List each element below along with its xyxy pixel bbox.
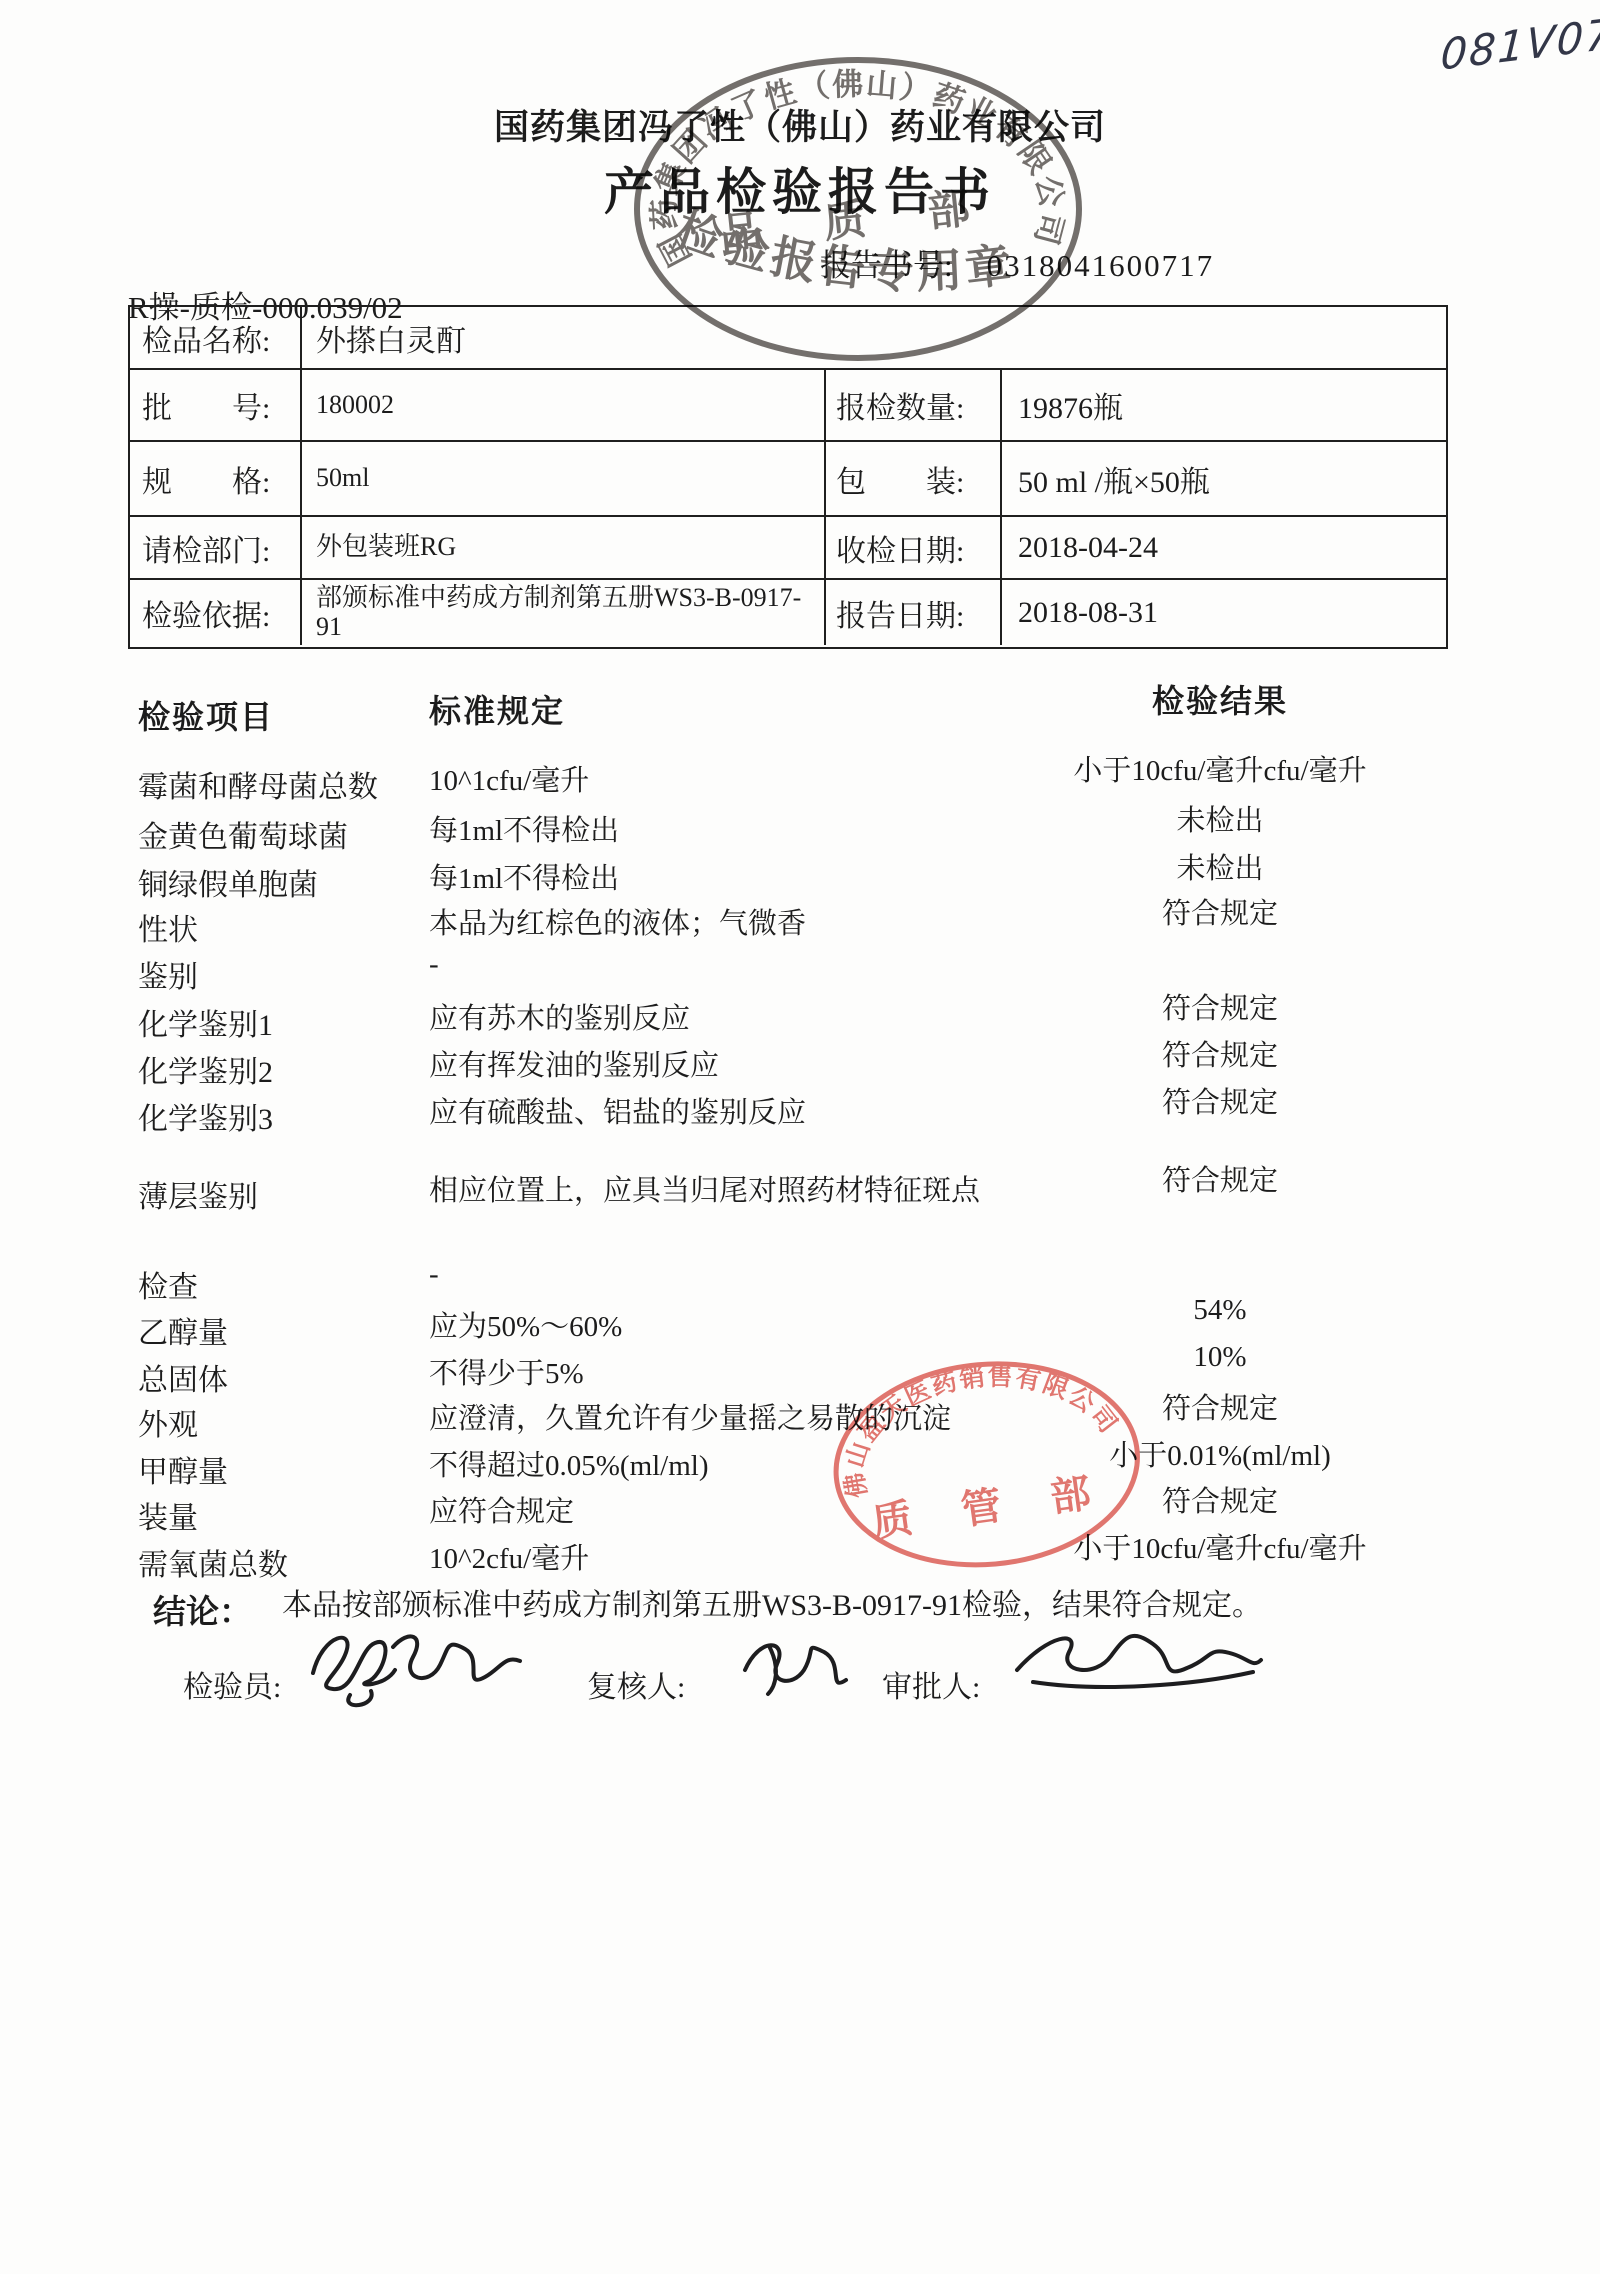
column-header-standard: 标准规定 [429, 686, 565, 732]
row-label2: 报检数量: [824, 370, 1002, 440]
item-standard: 每1ml不得检出 [429, 856, 619, 897]
row-value2: 19876瓶 [1004, 370, 1446, 440]
item-standard: 相应位置上，应具当归尾对照药材特征斑点 [429, 1168, 980, 1209]
item-standard: 应有硫酸盐、铝盐的鉴别反应 [429, 1090, 806, 1131]
item-standard: 应符合规定 [429, 1489, 574, 1530]
handwritten-code: 081V078 [1439, 5, 1600, 79]
table-row: 检品名称: 外搽白灵酊 [130, 307, 1446, 370]
row-label: 检验依据: [130, 580, 302, 645]
item-name: 铜绿假单胞菌 [138, 860, 318, 904]
item-result: 未检出 [1000, 846, 1440, 887]
item-name: 性状 [138, 905, 198, 949]
column-header-item: 检验项目 [138, 692, 274, 738]
item-standard: 本品为红棕色的液体；气微香 [429, 901, 806, 942]
item-standard: 应有挥发油的鉴别反应 [429, 1043, 719, 1084]
table-row: 规 格: 50ml 包 装: 50 ml /瓶×50瓶 [130, 442, 1446, 517]
row-label: 检品名称: [130, 307, 302, 368]
conclusion-label: 结论： [153, 1586, 252, 1633]
item-name: 外观 [138, 1400, 198, 1444]
row-label2: 报告日期: [824, 580, 1002, 645]
row-value: 180002 [304, 370, 816, 440]
item-name: 霉菌和酵母菌总数 [138, 762, 378, 806]
item-standard: 不得超过0.05%(ml/ml) [429, 1443, 709, 1484]
item-name: 总固体 [138, 1355, 228, 1399]
company-name: 国药集团冯了性（佛山）药业有限公司 [0, 100, 1600, 150]
item-result: 符合规定 [1000, 891, 1440, 932]
item-standard: 10^2cfu/毫升 [429, 1536, 589, 1577]
item-result: 符合规定 [1000, 1386, 1440, 1427]
item-result: 小于0.01%(ml/ml) [1000, 1433, 1440, 1474]
row-value: 部颁标准中药成方制剂第五册WS3-B-0917-91 [304, 580, 816, 645]
item-name: 金黄色葡萄球菌 [138, 812, 348, 856]
item-name: 甲醇量 [138, 1447, 228, 1491]
reviewer-label: 复核人: [587, 1662, 685, 1706]
item-name: 化学鉴别3 [138, 1094, 273, 1138]
item-name: 化学鉴别1 [138, 1000, 273, 1044]
item-standard: - [429, 948, 439, 981]
item-result: 符合规定 [1000, 986, 1440, 1027]
table-row: 检验依据: 部颁标准中药成方制剂第五册WS3-B-0917-91 报告日期: 2… [130, 580, 1446, 645]
row-label: 规 格: [130, 442, 302, 515]
row-label2: 包 装: [824, 442, 1002, 515]
item-standard: 应澄清，久置允许有少量摇之易散的沉淀 [429, 1396, 951, 1437]
item-result: 符合规定 [1000, 1033, 1440, 1074]
item-standard: 10^1cfu/毫升 [429, 758, 589, 799]
item-result: 54% [1000, 1294, 1440, 1327]
item-standard: 应为50%～60% [429, 1304, 622, 1345]
scanned-report-page: 081V078 国药集团冯了性（佛山）药业有限公司 产品检验报告书 R操-质检-… [0, 0, 1600, 2274]
reviewer-signature [730, 1628, 860, 1703]
item-standard: 不得少于5% [429, 1351, 584, 1392]
approver-signature [1005, 1618, 1270, 1703]
row-label: 请检部门: [130, 517, 302, 578]
row-value2: 2018-08-31 [1004, 580, 1446, 645]
item-result: 未检出 [1000, 798, 1440, 839]
item-standard: - [429, 1258, 439, 1291]
row-label2: 收检日期: [824, 517, 1002, 578]
row-value2: 50 ml /瓶×50瓶 [1004, 442, 1446, 515]
item-standard: 应有苏木的鉴别反应 [429, 996, 690, 1037]
inspector-label: 检验员: [183, 1662, 281, 1706]
item-result: 符合规定 [1000, 1080, 1440, 1121]
table-row: 批 号: 180002 报检数量: 19876瓶 [130, 370, 1446, 442]
approver-label: 审批人: [882, 1662, 980, 1706]
page-title: 产品检验报告书 [0, 152, 1600, 224]
row-label: 批 号: [130, 370, 302, 440]
item-name: 乙醇量 [138, 1308, 228, 1352]
report-number-value: 0318041600717 [987, 248, 1215, 283]
item-name: 薄层鉴别 [138, 1172, 258, 1216]
info-table: 检品名称: 外搽白灵酊 批 号: 180002 报检数量: 19876瓶 规 格… [128, 305, 1448, 649]
item-result: 符合规定 [1000, 1479, 1440, 1520]
row-value2: 2018-04-24 [1004, 517, 1446, 578]
column-header-result: 检验结果 [1000, 676, 1440, 722]
item-name: 检查 [138, 1262, 198, 1306]
row-value: 外搽白灵酊 [304, 307, 1446, 368]
item-name: 鉴别 [138, 952, 198, 996]
inspector-signature [295, 1615, 545, 1715]
item-name: 装量 [138, 1493, 198, 1537]
report-number-label: 报告书号: [820, 248, 953, 283]
row-value: 外包装班RG [304, 517, 816, 578]
item-standard: 每1ml不得检出 [429, 808, 619, 849]
item-result: 符合规定 [1000, 1158, 1440, 1199]
item-result: 10% [1000, 1341, 1440, 1374]
item-name: 化学鉴别2 [138, 1047, 273, 1091]
table-row: 请检部门: 外包装班RG 收检日期: 2018-04-24 [130, 517, 1446, 580]
item-result: 小于10cfu/毫升cfu/毫升 [1000, 748, 1440, 789]
item-name: 需氧菌总数 [138, 1540, 288, 1584]
row-value: 50ml [304, 442, 816, 515]
report-number-line: 报告书号:0318041600717 [820, 240, 1214, 285]
item-result: 小于10cfu/毫升cfu/毫升 [1000, 1526, 1440, 1567]
